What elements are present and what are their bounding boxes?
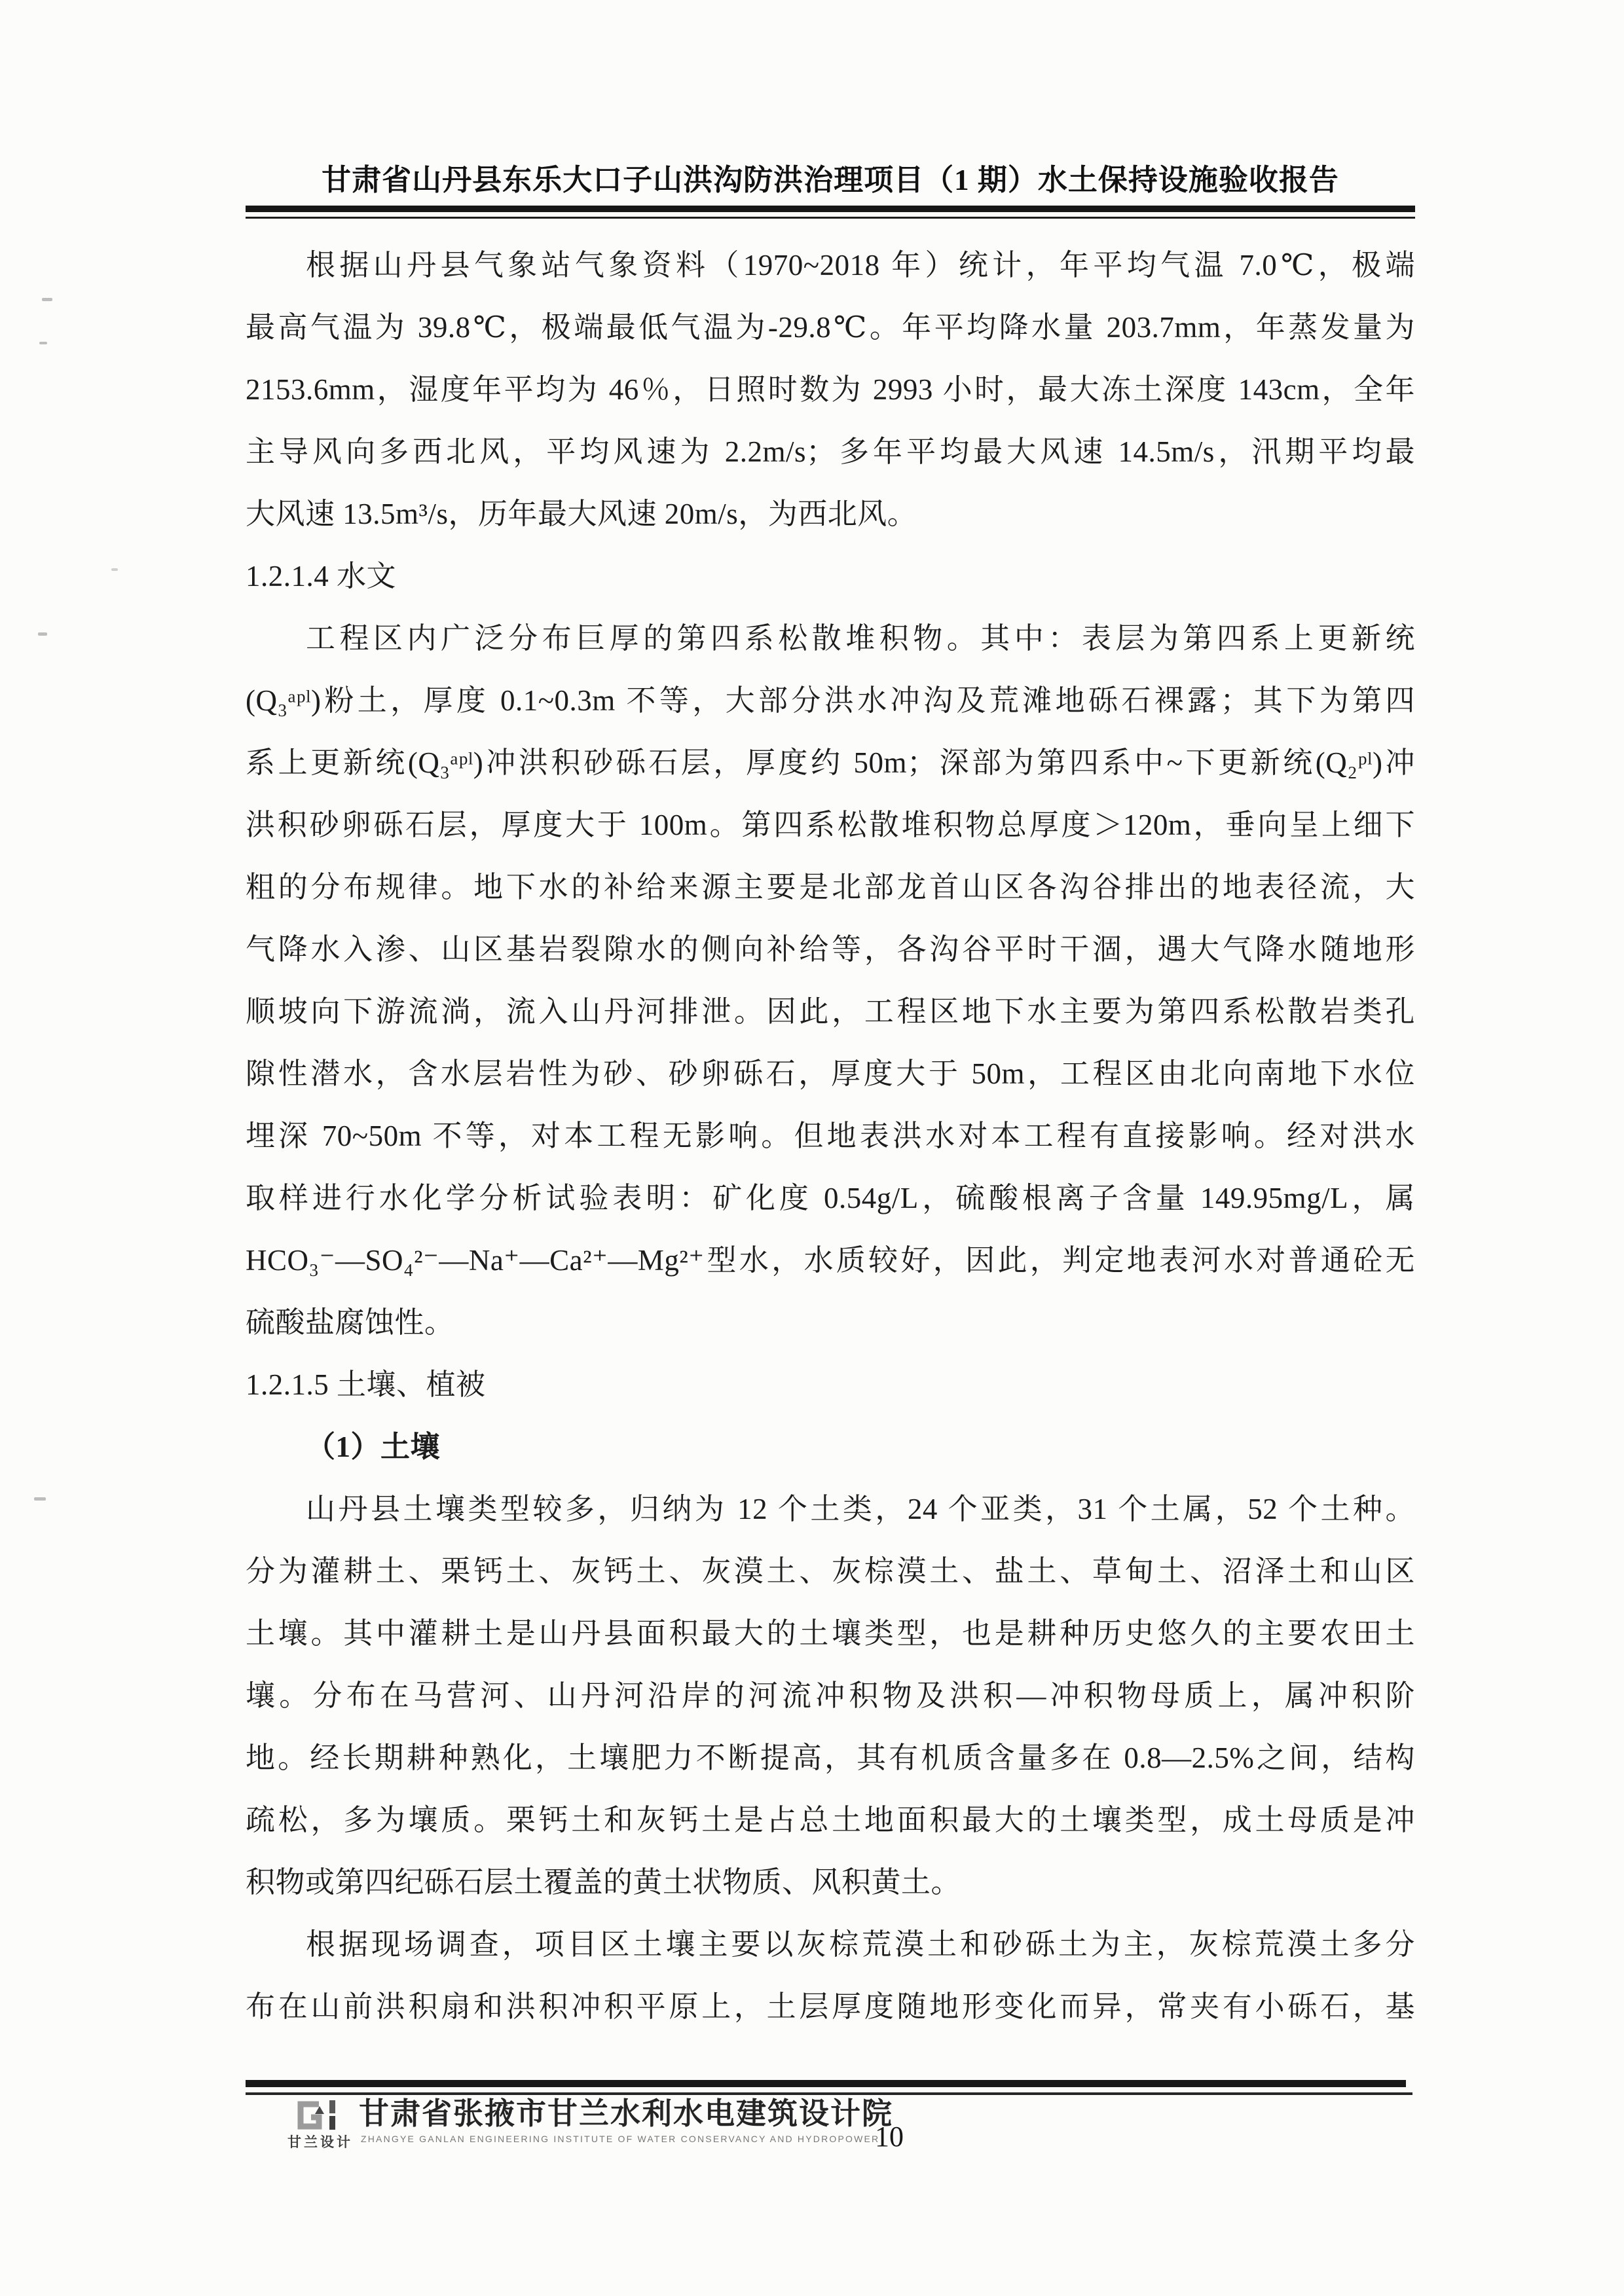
body-line: 最高气温为 39.8℃，极端最低气温为-29.8℃。年平均降水量 203.7mm… — [246, 297, 1415, 359]
ganlan-logo-icon — [293, 2098, 341, 2131]
body-line: 隙性潜水，含水层岩性为砂、砂卵砾石，厚度大于 50m，工程区由北向南地下水位 — [246, 1043, 1415, 1105]
body-line: HCO₃⁻—SO₄²⁻—Na⁺—Ca²⁺—Mg²⁺型水，水质较好，因此，判定地表… — [246, 1230, 1415, 1292]
body-line: 工程区内广泛分布巨厚的第四系松散堆积物。其中：表层为第四系上更新统 — [246, 608, 1415, 670]
logo-caption: 甘兰设计 — [278, 2132, 363, 2151]
body-line: 分为灌耕土、栗钙土、灰钙土、灰漠土、灰棕漠土、盐土、草甸土、沼泽土和山区 — [246, 1540, 1415, 1603]
body-line: 洪积砂卵砾石层，厚度大于 100m。第四系松散堆积物总厚度＞120m，垂向呈上细… — [246, 794, 1415, 856]
body-line: 积物或第四纪砾石层土覆盖的黄土状物质、风积黄土。 — [246, 1851, 1415, 1914]
body-line: 气降水入渗、山区基岩裂隙水的侧向补给等，各沟谷平时干涸，遇大气降水随地形 — [246, 919, 1415, 981]
header-rule — [246, 206, 1415, 219]
body-line: 土壤。其中灌耕土是山丹县面积最大的土壤类型，也是耕种历史悠久的主要农田土 — [246, 1603, 1415, 1665]
footer-org-name-cn: 甘肃省张掖市甘兰水利水电建筑设计院 — [359, 2096, 893, 2130]
scan-speck — [111, 568, 118, 571]
body-line: (Q₃ᵃᵖˡ)粉土，厚度 0.1~0.3m 不等，大部分洪水冲沟及荒滩地砾石裸露… — [246, 670, 1415, 732]
footer-rule-thin — [246, 2092, 1412, 2095]
report-page: 甘肃省山丹县东乐大口子山洪沟防洪治理项目（1 期）水土保持设施验收报告 根据山丹… — [0, 0, 1624, 2296]
footer-org-name-en: ZHANGYE GANLAN ENGINEERING INSTITUTE OF … — [361, 2134, 879, 2144]
footer-rule-thick — [246, 2080, 1406, 2087]
body-line: 埋深 70~50m 不等，对本工程无影响。但地表洪水对本工程有直接影响。经对洪水 — [246, 1105, 1415, 1167]
body-line: 取样进行水化学分析试验表明：矿化度 0.54g/L，硫酸根离子含量 149.95… — [246, 1167, 1415, 1230]
body-line: 壤。分布在马营河、山丹河沿岸的河流冲积物及洪积—冲积物母质上，属冲积阶 — [246, 1665, 1415, 1727]
scan-speck — [39, 342, 47, 344]
scan-speck — [42, 298, 52, 301]
body-line: 山丹县土壤类型较多，归纳为 12 个土类，24 个亚类，31 个土属，52 个土… — [246, 1478, 1415, 1540]
body-text: 根据山丹县气象站气象资料（1970~2018 年）统计，年平均气温 7.0℃，极… — [246, 234, 1415, 2038]
body-line: 大风速 13.5m³/s，历年最大风速 20m/s，为西北风。 — [246, 483, 1415, 545]
scan-speck — [34, 1497, 46, 1501]
heading-soil-vegetation: 1.2.1.5 土壤、植被 — [246, 1354, 1415, 1416]
body-line: 疏松，多为壤质。栗钙土和灰钙土是占总土地面积最大的土壤类型，成土母质是冲 — [246, 1789, 1415, 1851]
body-line: 布在山前洪积扇和洪积冲积平原上，土层厚度随地形变化而异，常夹有小砾石，基 — [246, 1976, 1415, 2038]
page-number: 10 — [875, 2120, 904, 2153]
body-line: 地。经长期耕种熟化，土壤肥力不断提高，其有机质含量多在 0.8—2.5%之间，结… — [246, 1727, 1415, 1789]
body-line: 2153.6mm，湿度年平均为 46％，日照时数为 2993 小时，最大冻土深度… — [246, 359, 1415, 421]
body-line: 系上更新统(Q₃ᵃᵖˡ)冲洪积砂砾石层，厚度约 50m；深部为第四系中~下更新统… — [246, 732, 1415, 794]
scan-speck — [38, 632, 47, 636]
page-content: 甘肃省山丹县东乐大口子山洪沟防洪治理项目（1 期）水土保持设施验收报告 根据山丹… — [246, 162, 1415, 2038]
running-header-title: 甘肃省山丹县东乐大口子山洪沟防洪治理项目（1 期）水土保持设施验收报告 — [246, 162, 1415, 198]
body-line: 粗的分布规律。地下水的补给来源主要是北部龙首山区各沟谷排出的地表径流，大 — [246, 856, 1415, 919]
body-line: 主导风向多西北风，平均风速为 2.2m/s；多年平均最大风速 14.5m/s，汛… — [246, 421, 1415, 483]
body-line: 根据山丹县气象站气象资料（1970~2018 年）统计，年平均气温 7.0℃，极… — [246, 234, 1415, 297]
heading-hydrology: 1.2.1.4 水文 — [246, 545, 1415, 608]
subheading-soil: （1）土壤 — [246, 1416, 1415, 1478]
body-line: 顺坡向下游流淌，流入山丹河排泄。因此，工程区地下水主要为第四系松散岩类孔 — [246, 981, 1415, 1043]
body-line: 硫酸盐腐蚀性。 — [246, 1292, 1415, 1354]
body-line: 根据现场调查，项目区土壤主要以灰棕荒漠土和砂砾土为主，灰棕荒漠土多分 — [246, 1914, 1415, 1976]
